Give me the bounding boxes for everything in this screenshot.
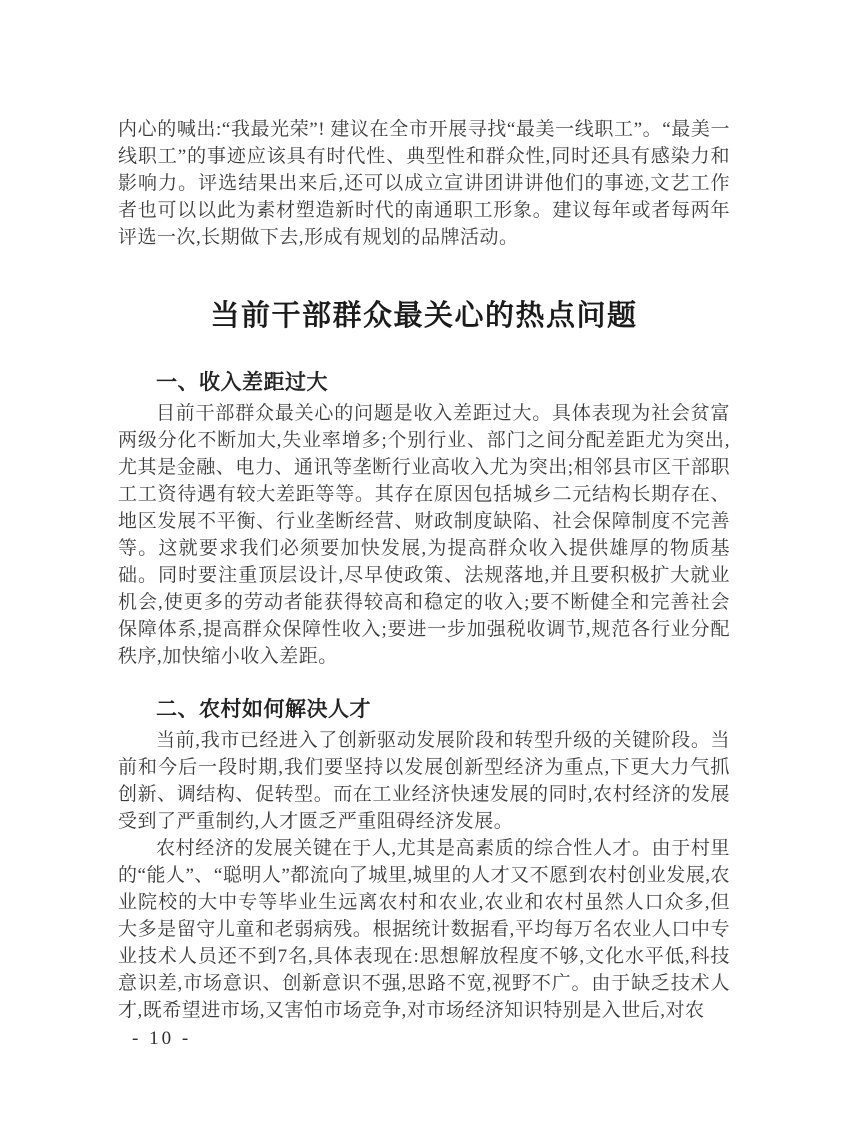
section-2-paragraph-2: 农村经济的发展关键在于人,尤其是高素质的综合性人才。由于村里的“能人”、“聪明人… <box>118 835 730 1024</box>
section-2-paragraph-1: 当前,我市已经进入了创新驱动发展阶段和转型升级的关键阶段。当前和今后一段时期,我… <box>118 727 730 835</box>
section-1-heading: 一、收入差距过大 <box>118 369 730 396</box>
section-1-paragraph: 目前干部群众最关心的问题是收入差距过大。具体表现为社会贫富两级分化不断加大,失业… <box>118 400 730 670</box>
page-number: - 10 - <box>132 1028 191 1050</box>
section-2-heading: 二、农村如何解决人才 <box>118 696 730 723</box>
article-title: 当前干部群众最关心的热点问题 <box>118 297 730 335</box>
intro-continuation-paragraph: 内心的喊出:“我最光荣”! 建议在全市开展寻找“最美一线职工”。“最美一线职工”… <box>118 116 730 251</box>
document-page: 内心的喊出:“我最光荣”! 建议在全市开展寻找“最美一线职工”。“最美一线职工”… <box>0 0 850 1146</box>
